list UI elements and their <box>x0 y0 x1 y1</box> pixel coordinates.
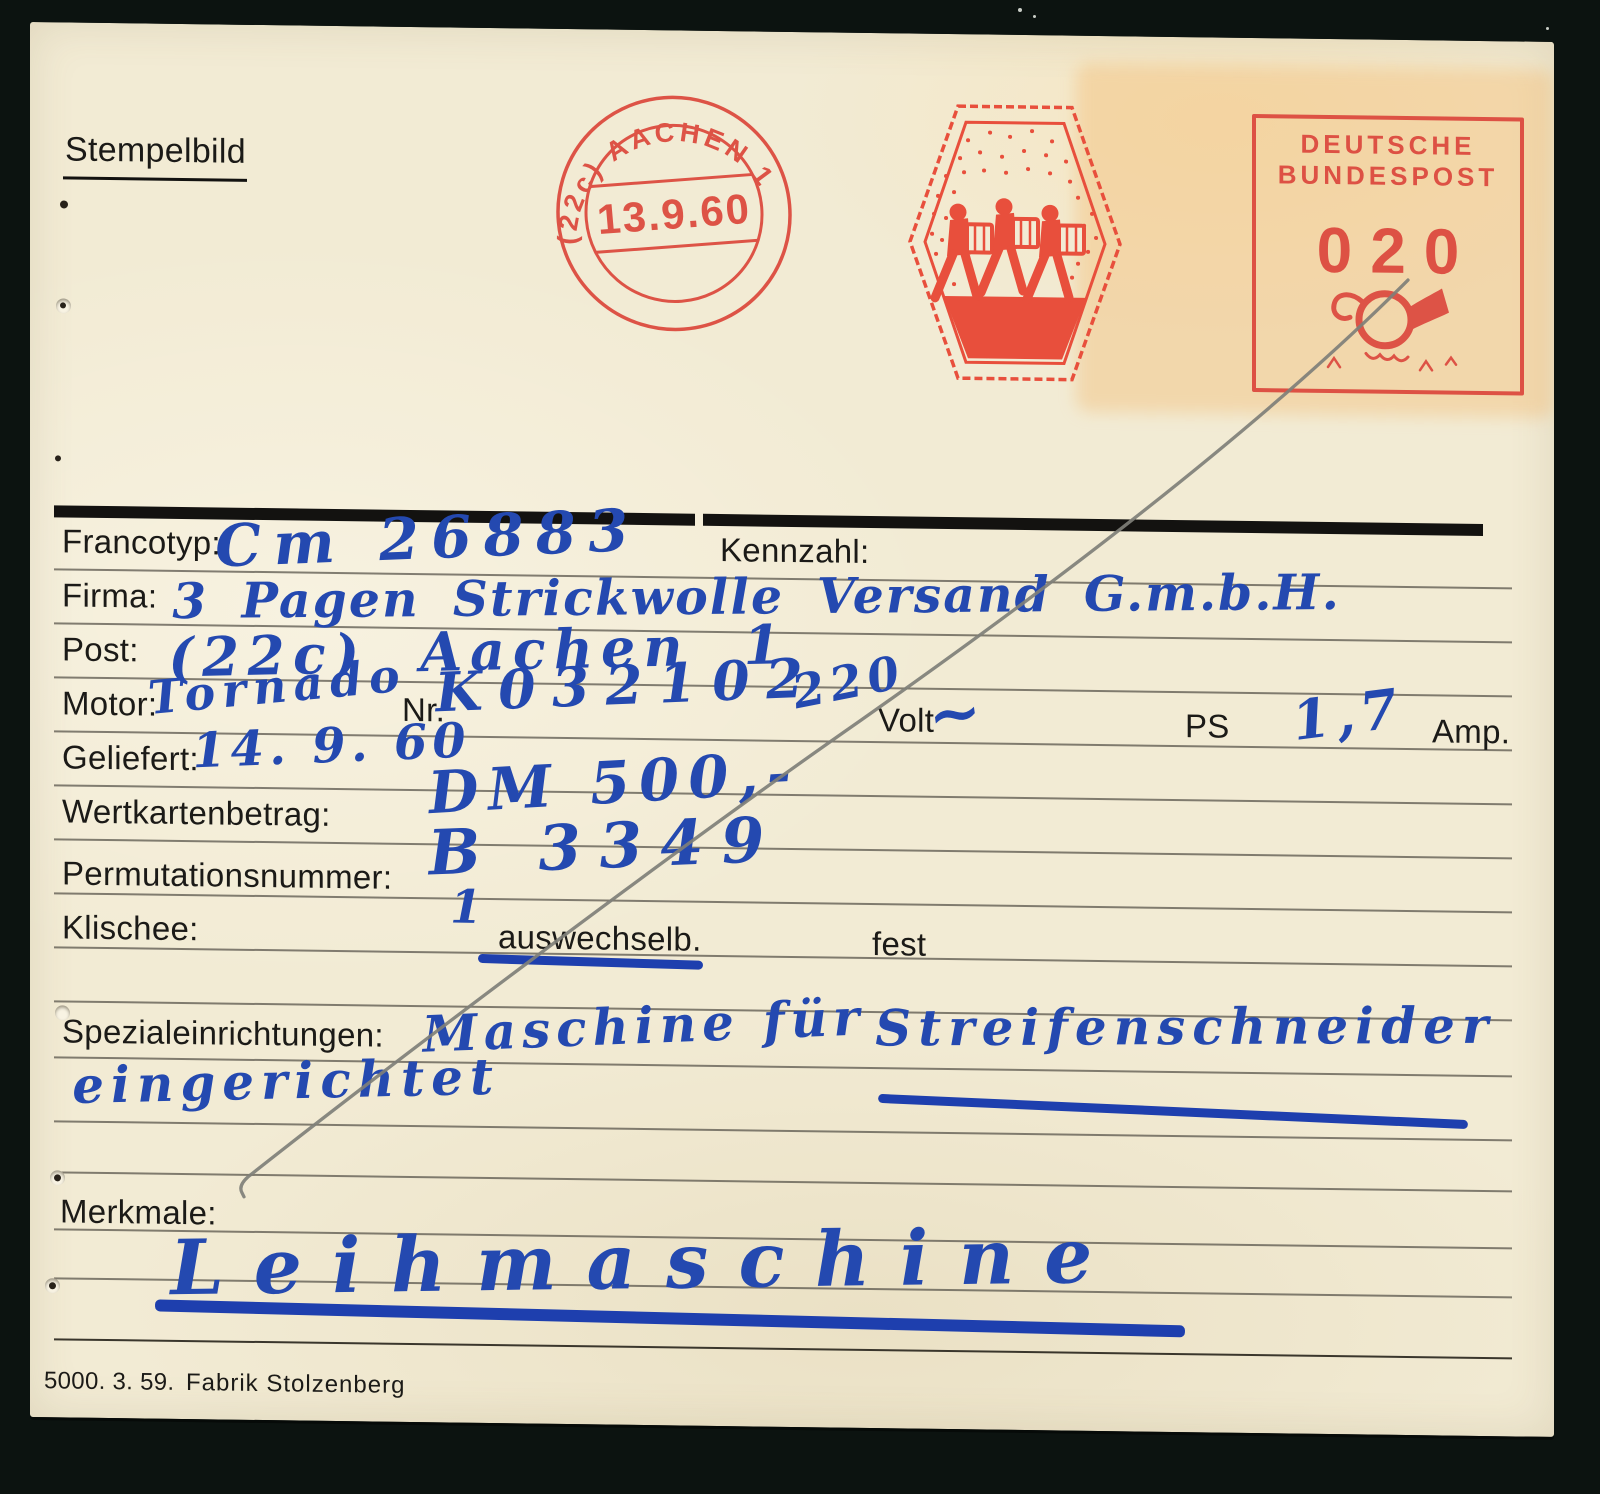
scanned-postal-record-card: { "document": { "title": "Stempelbild", … <box>0 0 1600 1494</box>
dust-speck <box>1018 8 1022 12</box>
diagonal-scratch-line <box>30 22 1554 1437</box>
dust-speck <box>1546 27 1549 30</box>
dust-speck <box>1033 15 1036 18</box>
record-card: Stempelbild (22c) AACHEN 1 13.9.60 <box>30 22 1554 1437</box>
